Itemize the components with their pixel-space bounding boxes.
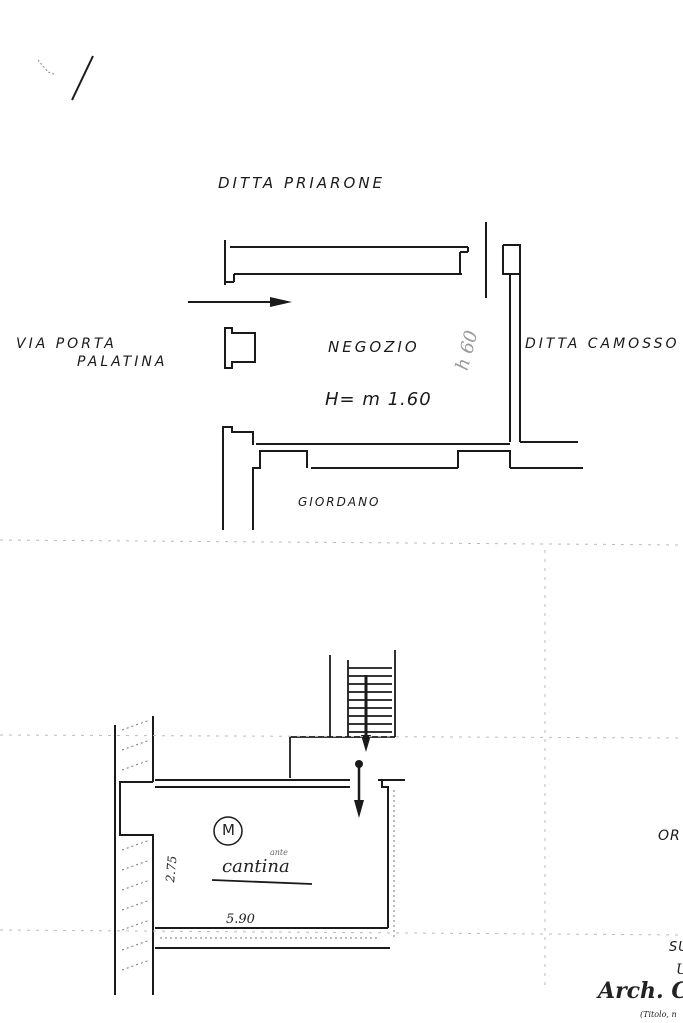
entrance-arrow — [188, 297, 292, 307]
label-cantina-annotation: ante — [270, 848, 288, 857]
west-pillar — [225, 328, 255, 368]
north-arrow-mark — [38, 56, 93, 100]
margin-label-su: SU — [669, 940, 683, 955]
marker-m: M — [222, 821, 235, 839]
label-giordano: GIORDANO — [298, 495, 381, 509]
signature-caption: (Titolo, n — [640, 1010, 677, 1019]
signature: Arch. Cl — [598, 978, 683, 1004]
staircase — [290, 650, 395, 778]
upper-north-wall — [225, 222, 486, 298]
label-ditta-priarone: DITTA PRIARONE — [218, 174, 385, 192]
floor-plan-drawing — [0, 0, 683, 1023]
cantina-underline — [212, 880, 312, 884]
dimension-width: 5.90 — [226, 912, 255, 927]
dimension-height: 2.75 — [163, 855, 179, 883]
margin-label-or: OR — [658, 828, 681, 844]
label-cantina: cantina — [222, 856, 290, 877]
cellar-door-arrow — [354, 760, 364, 818]
margin-label-u: U — [676, 962, 683, 978]
label-palatina: PALATINA — [77, 354, 167, 370]
label-height: H= m 1.60 — [325, 389, 432, 410]
label-ditta-camosso: DITTA CAMOSSO — [525, 336, 680, 352]
label-via-porta: VIA PORTA — [16, 336, 117, 352]
label-negozio: NEGOZIO — [328, 338, 420, 356]
